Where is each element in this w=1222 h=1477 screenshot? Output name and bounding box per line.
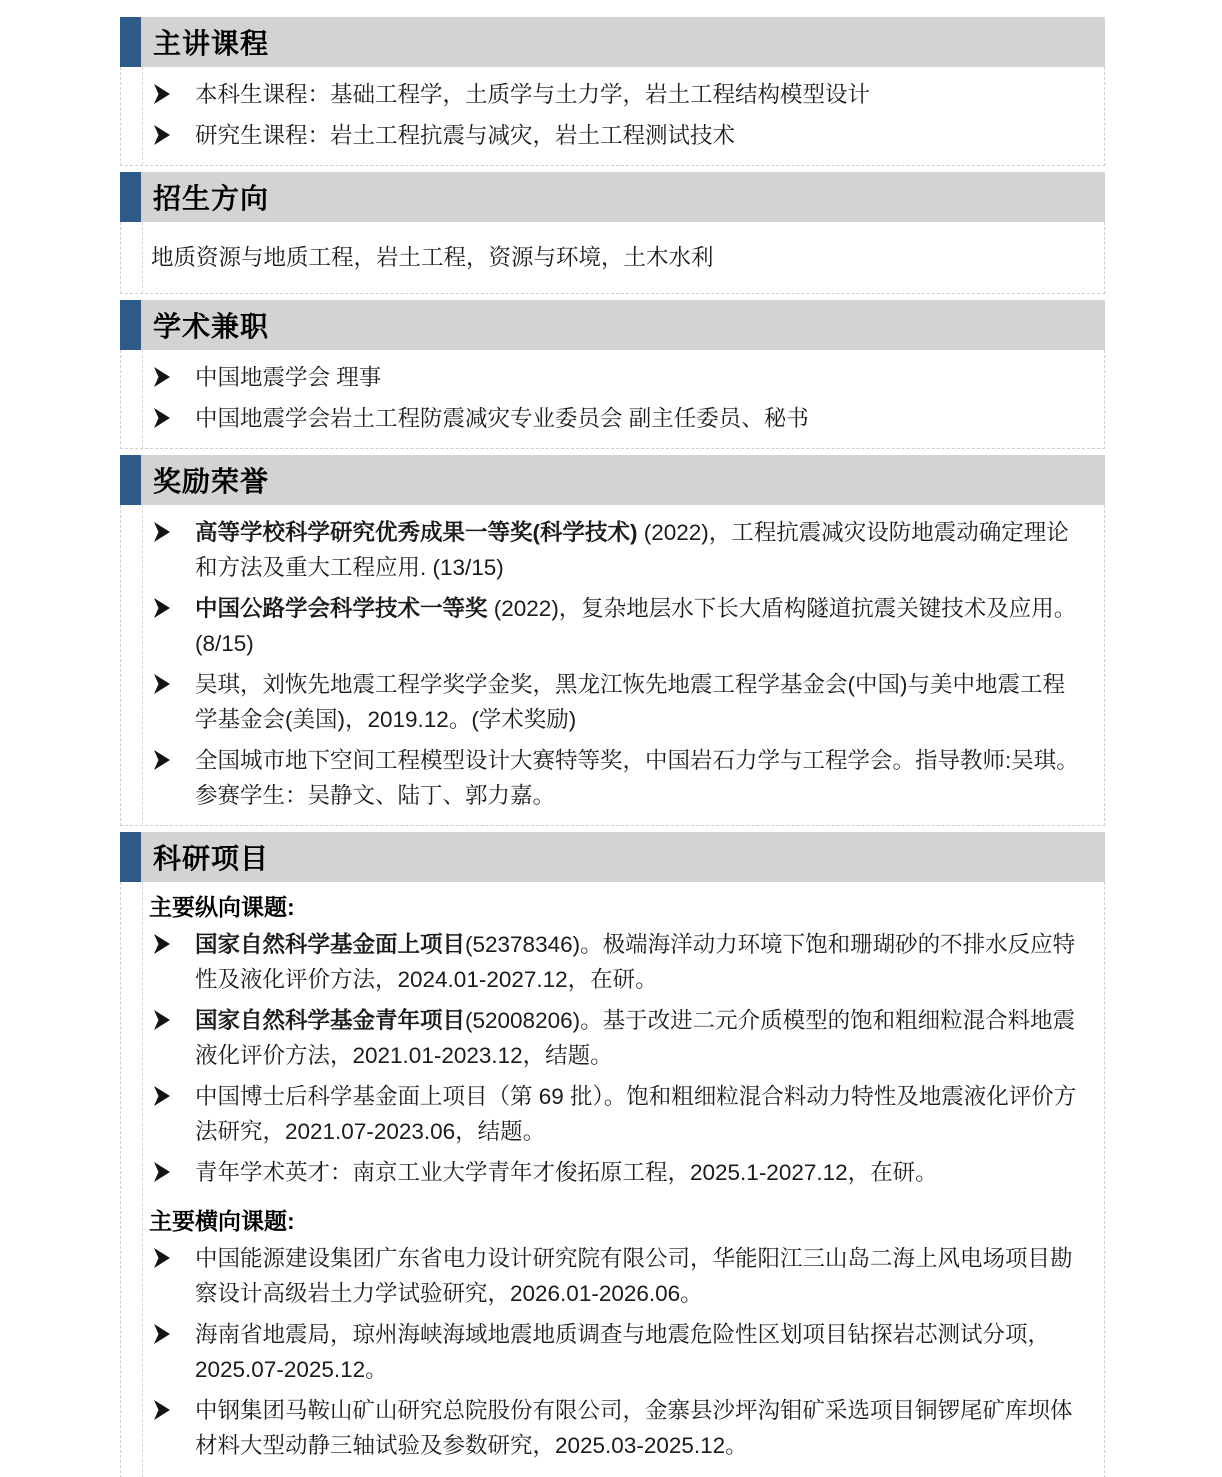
list-item: 中国地震学会岩土工程防震减灾专业委员会 副主任委员、秘书	[143, 401, 1078, 436]
section-title: 主讲课程	[141, 22, 269, 62]
project-item: 海南省地震局，琼州海峡海域地震地质调查与地震危险性区划项目钻探岩芯测试分项，20…	[143, 1317, 1084, 1387]
arrow-bullet-icon	[143, 591, 195, 661]
project-item: 国家自然科学基金面上项目(52378346)。极端海洋动力环境下饱和珊瑚砂的不排…	[143, 927, 1084, 997]
award-name: 中国公路学会科学技术一等奖	[195, 596, 488, 621]
arrow-bullet-icon	[143, 401, 195, 436]
project-detail: 中国能源建设集团广东省电力设计研究院有限公司，华能阳江三山岛二海上风电场项目勘察…	[195, 1246, 1073, 1306]
section-header-bar: 主讲课程	[141, 17, 1105, 67]
award-item: 吴琪，刘恢先地震工程学奖学金奖，黑龙江恢先地震工程学基金会(中国)与美中地震工程…	[143, 667, 1084, 737]
table-gutter	[121, 67, 143, 165]
project-detail: 海南省地震局，琼州海峡海域地震地质调查与地震危险性区划项目钻探岩芯测试分项，20…	[195, 1322, 1050, 1382]
section-title: 科研项目	[141, 837, 269, 877]
project-item: 国家自然科学基金青年项目(52008206)。基于改进二元介质模型的饱和粗细粒混…	[143, 1003, 1084, 1073]
project-detail: 中钢集团马鞍山矿山研究总院股份有限公司，金寨县沙坪沟钼矿采选项目铜锣尾矿库坝体材…	[195, 1398, 1073, 1458]
section-body: 本科生课程：基础工程学，土质学与土力学，岩土工程结构模型设计 研究生课程：岩土工…	[120, 67, 1105, 166]
section-body: 地质资源与地质工程，岩土工程，资源与环境，土木水利	[120, 222, 1105, 294]
project-detail: 中国博士后科学基金面上项目（第 69 批）。饱和粗细粒混合料动力特性及地震液化评…	[195, 1084, 1076, 1144]
section-header: 招生方向	[120, 172, 1105, 222]
award-name: 高等学校科学研究优秀成果一等奖(科学技术)	[195, 520, 638, 545]
arrow-bullet-icon	[143, 1155, 195, 1190]
section-title: 奖励荣誉	[141, 460, 269, 500]
admissions-text: 地质资源与地质工程，岩土工程，资源与环境，土木水利	[151, 240, 1078, 275]
project-item: 中钢集团马鞍山矿山研究总院股份有限公司，金寨县沙坪沟钼矿采选项目铜锣尾矿库坝体材…	[143, 1393, 1084, 1463]
table-gutter	[121, 350, 143, 448]
table-gutter	[121, 505, 143, 825]
award-detail: 全国城市地下空间工程模型设计大赛特等奖，中国岩石力学与工程学会。指导教师:吴琪。…	[195, 748, 1079, 808]
section-courses: 主讲课程 本科生课程：基础工程学，土质学与土力学，岩土工程结构模型设计 研究生课…	[120, 17, 1105, 166]
project-item: 青年学术英才：南京工业大学青年才俊拓原工程，2025.1-2027.12，在研。	[143, 1155, 1084, 1190]
award-item: 中国公路学会科学技术一等奖 (2022)，复杂地层水下长大盾构隧道抗震关键技术及…	[143, 591, 1084, 661]
award-detail: 吴琪，刘恢先地震工程学奖学金奖，黑龙江恢先地震工程学基金会(中国)与美中地震工程…	[195, 672, 1065, 732]
horizontal-projects-label: 主要横向课题:	[143, 1204, 1084, 1239]
arrow-bullet-icon	[143, 667, 195, 737]
list-item: 本科生课程：基础工程学，土质学与土力学，岩土工程结构模型设计	[143, 77, 1078, 112]
arrow-bullet-icon	[143, 118, 195, 153]
section-header: 主讲课程	[120, 17, 1105, 67]
section-header-bar: 科研项目	[141, 832, 1105, 882]
project-detail: 青年学术英才：南京工业大学青年才俊拓原工程，2025.1-2027.12，在研。	[195, 1160, 938, 1185]
blue-tab-square	[120, 172, 141, 222]
section-title: 学术兼职	[141, 305, 269, 345]
arrow-bullet-icon	[143, 515, 195, 585]
vertical-projects-group: 国家自然科学基金面上项目(52378346)。极端海洋动力环境下饱和珊瑚砂的不排…	[143, 927, 1084, 1190]
blue-tab-square	[120, 300, 141, 350]
section-title: 招生方向	[141, 177, 269, 217]
section-admissions: 招生方向 地质资源与地质工程，岩土工程，资源与环境，土木水利	[120, 172, 1105, 294]
section-header: 学术兼职	[120, 300, 1105, 350]
project-name: 国家自然科学基金面上项目	[195, 932, 465, 957]
blue-tab-square	[120, 455, 141, 505]
blue-tab-square	[120, 17, 141, 67]
arrow-bullet-icon	[143, 1393, 195, 1463]
arrow-bullet-icon	[143, 77, 195, 112]
blue-tab-square	[120, 832, 141, 882]
list-item: 中国地震学会 理事	[143, 360, 1078, 395]
section-body: 高等学校科学研究优秀成果一等奖(科学技术) (2022)，工程抗震减灾设防地震动…	[120, 505, 1105, 826]
item-text: 中国地震学会 理事	[195, 365, 381, 390]
section-header-bar: 学术兼职	[141, 300, 1105, 350]
arrow-bullet-icon	[143, 1079, 195, 1149]
list-item: 研究生课程：岩土工程抗震与减灾，岩土工程测试技术	[143, 118, 1078, 153]
project-name: 国家自然科学基金青年项目	[195, 1008, 465, 1033]
award-item: 全国城市地下空间工程模型设计大赛特等奖，中国岩石力学与工程学会。指导教师:吴琪。…	[143, 743, 1084, 813]
section-body: 主要纵向课题: 国家自然科学基金面上项目(52378346)。极端海洋动力环境下…	[120, 882, 1105, 1477]
arrow-bullet-icon	[143, 360, 195, 395]
arrow-bullet-icon	[143, 927, 195, 997]
item-text: 研究生课程：岩土工程抗震与减灾，岩土工程测试技术	[195, 123, 735, 148]
table-gutter	[121, 222, 143, 293]
section-header: 奖励荣誉	[120, 455, 1105, 505]
arrow-bullet-icon	[143, 1241, 195, 1311]
item-text: 中国地震学会岩土工程防震减灾专业委员会 副主任委员、秘书	[195, 406, 809, 431]
vertical-projects-label: 主要纵向课题:	[143, 890, 1084, 925]
project-item: 中国博士后科学基金面上项目（第 69 批）。饱和粗细粒混合料动力特性及地震液化评…	[143, 1079, 1084, 1149]
section-header-bar: 奖励荣誉	[141, 455, 1105, 505]
section-awards: 奖励荣誉 高等学校科学研究优秀成果一等奖(科学技术) (2022)，工程抗震减灾…	[120, 455, 1105, 826]
table-gutter	[121, 882, 143, 1477]
project-item: 中国能源建设集团广东省电力设计研究院有限公司，华能阳江三山岛二海上风电场项目勘察…	[143, 1241, 1084, 1311]
horizontal-projects-group: 中国能源建设集团广东省电力设计研究院有限公司，华能阳江三山岛二海上风电场项目勘察…	[143, 1241, 1084, 1463]
award-item: 高等学校科学研究优秀成果一等奖(科学技术) (2022)，工程抗震减灾设防地震动…	[143, 515, 1084, 585]
arrow-bullet-icon	[143, 1317, 195, 1387]
section-body: 中国地震学会 理事 中国地震学会岩土工程防震减灾专业委员会 副主任委员、秘书	[120, 350, 1105, 449]
section-header-bar: 招生方向	[141, 172, 1105, 222]
section-projects: 科研项目 主要纵向课题: 国家自然科学基金面上项目(52378346)。极端海洋…	[120, 832, 1105, 1477]
profile-document: 主讲课程 本科生课程：基础工程学，土质学与土力学，岩土工程结构模型设计 研究生课…	[120, 17, 1105, 1477]
arrow-bullet-icon	[143, 743, 195, 813]
arrow-bullet-icon	[143, 1003, 195, 1073]
section-header: 科研项目	[120, 832, 1105, 882]
item-text: 本科生课程：基础工程学，土质学与土力学，岩土工程结构模型设计	[195, 82, 870, 107]
section-positions: 学术兼职 中国地震学会 理事 中国地震学会岩土工程防震减灾专业委员会 副主任委员…	[120, 300, 1105, 449]
